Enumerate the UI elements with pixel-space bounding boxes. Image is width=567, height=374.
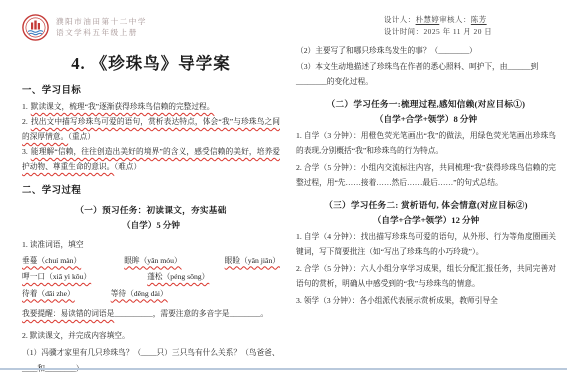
task3-step: 1. 自学（4 分钟）：找出描写珍珠鸟可爱的语句，从外形、行为等角度圈画关键词，… xyxy=(296,229,556,260)
textbook-line: 语文学科五年级上册 xyxy=(56,27,147,39)
school-header: 濮阳市油田第十二中学 语文学科五年级上册 xyxy=(22,11,280,43)
task2-time: （自学+合学+领学）8 分钟 xyxy=(296,112,556,127)
pinyin-word: 等待（děng dài） xyxy=(111,286,168,303)
two-column-layout: 濮阳市油田第十二中学 语文学科五年级上册 4. 《珍珠鸟》导学案 一、学习目标 … xyxy=(0,0,567,374)
objective-tag: （重点） xyxy=(68,132,95,141)
pinyin-word: 眼眸（yǎn móu） xyxy=(124,253,181,270)
process-heading: 二、学习过程 xyxy=(22,182,280,196)
page-bottom-border xyxy=(0,368,567,370)
task2-step: 2. 合学（5 分钟）：小组内交流标注内容，共同梳理“我”获得珍珠鸟信赖的完整过… xyxy=(296,160,556,191)
reading-instruction: 2. 默读课文，并完成内容填空。 xyxy=(22,328,280,344)
task3-step: 3. 领学（3 分钟）：各小组派代表展示赏析成果，教师引导全 xyxy=(296,293,556,309)
reviewer-label: 审核人： xyxy=(439,15,471,24)
task3-time: （自学+合学+领学）12 分钟 xyxy=(296,213,556,228)
pinyin-row: 呷一口（xiā yì kǒu） 蓬松（péng sōng） xyxy=(22,269,280,286)
objectives-heading: 一、学习目标 xyxy=(22,82,280,96)
designer-label: 设计人： xyxy=(384,15,416,24)
task2-step: 1. 自学（3 分钟）：用橙色荧光笔画出“我”的做法，用绿色荧光笔画出珍珠鸟的表… xyxy=(296,128,556,159)
pinyin-row: 垂蔓（chuí màn） 眼眸（yǎn móu） 眼睑（yǎn jiǎn） xyxy=(22,253,280,270)
remind-note-blanks: __________，需要注意的多音字是________。 xyxy=(114,309,268,318)
pinyin-word: 呷一口（xiā yì kǒu） xyxy=(22,269,91,286)
objective-tag: （难点） xyxy=(114,162,141,171)
school-name-block: 濮阳市油田第十二中学 语文学科五年级上册 xyxy=(56,16,147,39)
task3-heading: （三）学习任务二: 赏析语句, 体会情意(对应目标②) xyxy=(296,197,556,213)
task3-step: 2. 合学（5 分钟）：六人小组分享学习成果，组长分配汇报任务，共同完善对语句的… xyxy=(296,261,556,292)
question-item-3: （3）本文生动地描述了珍珠鸟在作者的悉心照料、呵护下，由______到_____… xyxy=(296,59,556,90)
objective-item: 3.能理解“信赖，往往创造出美好的境界”的含义，感受信赖的美好，培养爱护动物、尊… xyxy=(22,144,280,174)
design-info: 设计人：朴慧婷审核人：陈芳 设计时间：2025 年 11 月 20 日 xyxy=(384,14,556,37)
school-logo-icon xyxy=(22,14,49,41)
pinyin-row: 待着（dāi zhe） 等待（děng dài） xyxy=(22,286,280,303)
task2-heading: （二）学习任务一:梳理过程,感知信赖(对应目标①) xyxy=(296,96,556,112)
objective-number: 3. xyxy=(22,147,28,156)
pinyin-word: 垂蔓（chuí màn） xyxy=(22,253,81,270)
pinyin-word: 眼睑（yǎn jiǎn） xyxy=(225,253,280,270)
document-page: 濮阳市油田第十二中学 语文学科五年级上册 4. 《珍珠鸟》导学案 一、学习目标 … xyxy=(0,0,567,374)
remind-note-lead: 我要提醒：易读错的词语是 xyxy=(22,309,114,318)
school-name: 濮阳市油田第十二中学 xyxy=(56,16,147,28)
objective-item: 2.找出文中描写珍珠鸟可爱的语句，赏析表达特点，体会“我”与珍珠鸟之间的深厚情意… xyxy=(22,114,280,144)
pinyin-word: 蓬松（péng sōng） xyxy=(147,269,209,286)
task1-heading: （一）预习任务：初读课文，夯实基础 xyxy=(22,202,280,218)
vocab-instruction: 1. 读准词语，填空 xyxy=(22,237,280,253)
question-item-2: （2）主要写了和哪只珍珠鸟发生的事？（________） xyxy=(296,43,556,59)
right-column: 设计人：朴慧婷审核人：陈芳 设计时间：2025 年 11 月 20 日 （2）主… xyxy=(296,11,556,374)
design-time: 设计时间：2025 年 11 月 20 日 xyxy=(384,26,556,38)
objective-number: 1. xyxy=(22,102,28,111)
left-column: 濮阳市油田第十二中学 语文学科五年级上册 4. 《珍珠鸟》导学案 一、学习目标 … xyxy=(22,11,280,374)
designer-line: 设计人：朴慧婷审核人：陈芳 xyxy=(384,14,556,26)
objective-item: 1.默读课文，梳理“我”逐渐获得珍珠鸟信赖的完整过程。 xyxy=(22,99,280,114)
page-title: 4. 《珍珠鸟》导学案 xyxy=(22,50,280,74)
objective-text: 默读课文，梳理“我”逐渐获得珍珠鸟信赖的完整过程。 xyxy=(31,102,215,111)
objective-number: 2. xyxy=(22,117,28,126)
pinyin-word: 待着（dāi zhe） xyxy=(22,286,75,303)
objective-text: 找出文中描写珍珠鸟可爱的语句，赏析表达特点，体会“我”与珍珠鸟之间的深厚情意。 xyxy=(22,117,280,141)
remind-note: 我要提醒：易读错的词语是__________，需要注意的多音字是________… xyxy=(22,306,280,322)
task1-time: （自学）5 分钟 xyxy=(22,218,280,233)
designer-name: 朴慧婷 xyxy=(416,15,440,24)
objective-text: 能理解“信赖，往往创造出美好的境界”的含义，感受信赖的美好，培养爱护动物、尊重生… xyxy=(22,147,280,171)
reviewer-name: 陈芳 xyxy=(471,15,487,24)
